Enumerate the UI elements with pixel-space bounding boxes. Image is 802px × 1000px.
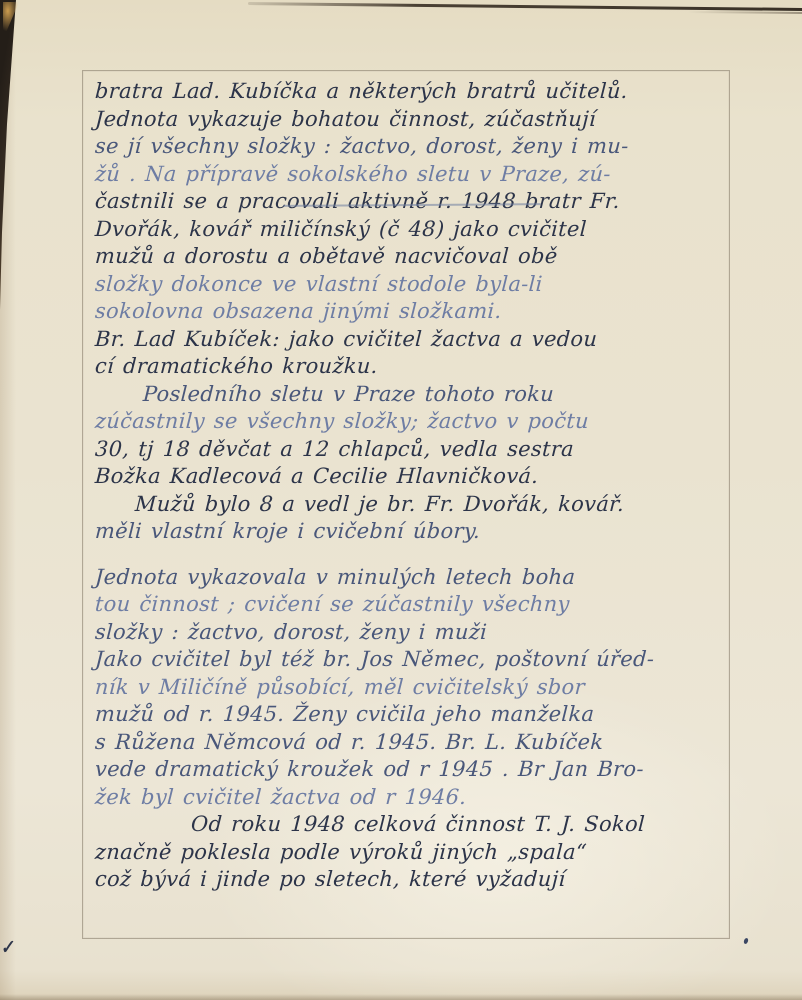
handwritten-line: což bývá i jinde po sletech, které vyžad…: [94, 866, 743, 894]
handwritten-line: s Růžena Němcová od r. 1945. Br. L. Kubí…: [94, 729, 743, 757]
handwritten-line: se jí všechny složky : žactvo, dorost, ž…: [94, 133, 743, 161]
handwritten-line: tou činnost ; cvičení se zúčastnily všec…: [94, 591, 743, 619]
handwritten-line: složky dokonce ve vlastní stodole byla-l…: [94, 271, 743, 299]
handwritten-line: vede dramatický kroužek od r 1945 . Br J…: [94, 756, 743, 784]
handwritten-line: bratra Lad. Kubíčka a některých bratrů u…: [94, 78, 743, 106]
page-edge-top: [248, 2, 802, 11]
handwritten-line: měli vlastní kroje i cvičební úbory.: [94, 518, 743, 546]
handwritten-line: 30, tj 18 děvčat a 12 chlapců, vedla ses…: [94, 436, 743, 464]
handwritten-line: Posledního sletu v Praze tohoto roku: [94, 381, 743, 409]
margin-checkmark: ✓: [0, 937, 16, 959]
handwritten-line: Božka Kadlecová a Cecilie Hlavničková.: [94, 463, 743, 491]
handwritten-line: Mužů bylo 8 a vedl je br. Fr. Dvořák, ko…: [94, 491, 743, 519]
handwritten-line: cí dramatického kroužku.: [94, 353, 743, 381]
handwritten-line: Dvořák, kovář miličínský (č 48) jako cvi…: [94, 216, 743, 244]
handwritten-line: Br. Lad Kubíček: jako cvičitel žactva a …: [94, 326, 743, 354]
handwritten-line: mužů a dorostu a obětavě nacvičoval obě: [94, 243, 743, 271]
handwritten-line: častnili se a pracovali aktivně r. 1948 …: [94, 188, 743, 216]
chronicle-page-photo: bratra Lad. Kubíčka a některých bratrů u…: [0, 0, 802, 1000]
handwritten-line: žů . Na přípravě sokolského sletu v Praz…: [94, 161, 743, 189]
handwritten-line: značně poklesla podle výroků jiných „spa…: [94, 839, 743, 867]
handwritten-line: složky : žactvo, dorost, ženy i muži: [94, 619, 743, 647]
page-edge-left-dark: [0, 0, 18, 310]
handwritten-line: Od roku 1948 celková činnost T. J. Sokol: [94, 811, 743, 839]
ink-dot: [743, 937, 749, 944]
handwritten-line: Jako cvičitel byl též br. Jos Němec, poš…: [94, 646, 743, 674]
handwritten-line: zúčastnily se všechny složky; žactvo v p…: [94, 408, 743, 436]
handwritten-line: Jednota vykazuje bohatou činnost, zúčast…: [94, 106, 743, 134]
page-bottom-shadow: [0, 994, 802, 1000]
handwritten-line: žek byl cvičitel žactva od r 1946.: [94, 784, 743, 812]
handwritten-line: ník v Miličíně působící, měl cvičitelský…: [94, 674, 743, 702]
page-edge-top-secondary: [688, 11, 802, 14]
handwritten-line: mužů od r. 1945. Ženy cvičila jeho manže…: [94, 701, 743, 729]
handwritten-line: sokolovna obsazena jinými složkami.: [94, 298, 743, 326]
handwritten-line: Jednota vykazovala v minulých letech boh…: [94, 564, 743, 592]
handwriting-block: bratra Lad. Kubíčka a některých bratrů u…: [95, 78, 743, 894]
